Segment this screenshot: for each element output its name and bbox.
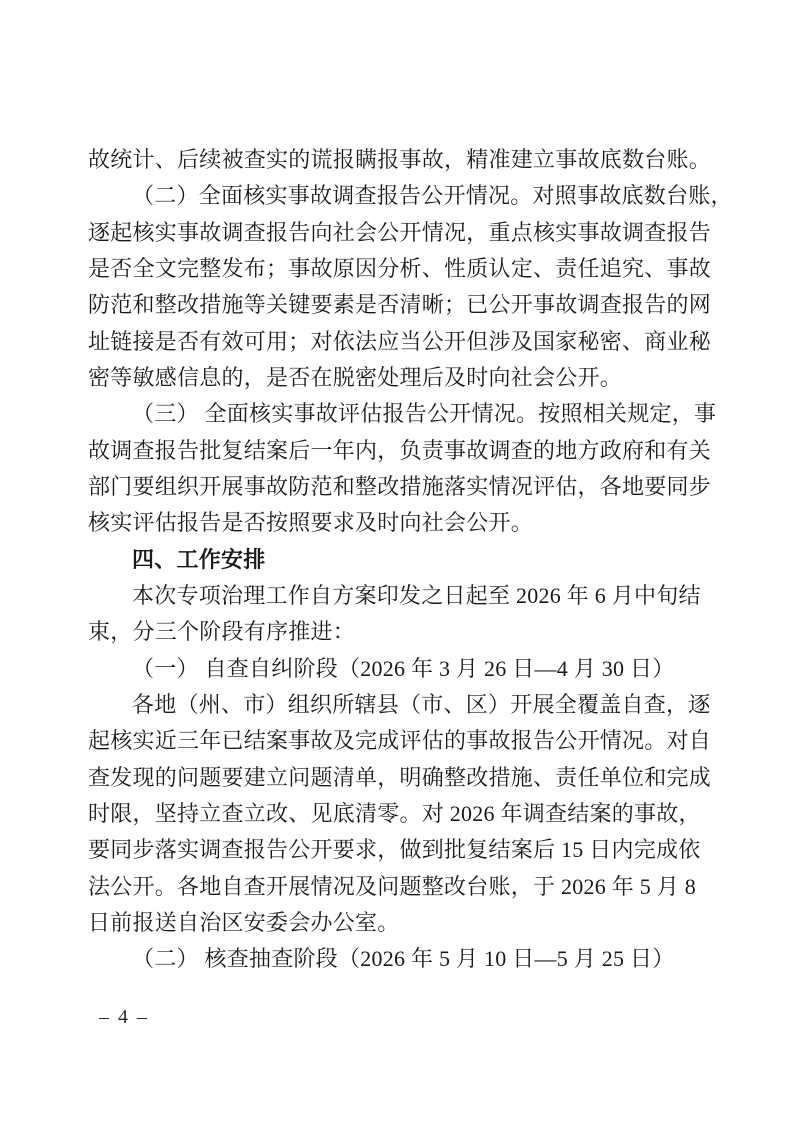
text-run: 按照相关规定，事: [538, 401, 716, 426]
text-run: 时限，坚持立查立改、见底清零。对 2026 年调查结案的事故，: [88, 801, 701, 826]
text-run: 防范和整改措施等关键要素是否清晰；已公开事故调查报告的网: [88, 292, 711, 317]
text-line: 四、工作安排: [88, 542, 710, 578]
text-line: 核实评估报告是否按照要求及时向社会公开。: [88, 505, 710, 541]
text-line: 逐起核实事故调查报告向社会公开情况，重点核实事故调查报告: [88, 215, 710, 251]
text-run: （一） 自查自纠阶段（2026 年 3 月 26 日—4 月 30 日）: [132, 656, 675, 681]
page-body-text: 故统计、后续被查实的谎报瞒报事故，精准建立事故底数台账。（二）全面核实事故调查报…: [88, 142, 710, 978]
text-line: 日前报送自治区安委会办公室。: [88, 905, 710, 941]
text-run: 起核实近三年已结案事故及完成评估的事故报告公开情况。对自: [88, 728, 711, 753]
text-line: 查发现的问题要建立问题清单，明确整改措施、责任单位和完成: [88, 760, 710, 796]
text-line: 本次专项治理工作自方案印发之日起至 2026 年 6 月中旬结: [88, 578, 710, 614]
text-line: 是否全文完整发布；事故原因分析、性质认定、责任追究、事故: [88, 251, 710, 287]
text-run: 逐起核实事故调查报告向社会公开情况，重点核实事故调查报告: [88, 220, 711, 245]
text-line: （二） 核查抽查阶段（2026 年 5 月 10 日—5 月 25 日）: [88, 941, 710, 977]
section-heading-text: 四、工作安排: [132, 547, 266, 572]
text-run: 是否全文完整发布；事故原因分析、性质认定、责任追究、事故: [88, 256, 711, 281]
text-line: 部门要组织开展事故防范和整改措施落实情况评估，各地要同步: [88, 469, 710, 505]
text-line: 起核实近三年已结案事故及完成评估的事故报告公开情况。对自: [88, 723, 710, 759]
text-line: 防范和整改措施等关键要素是否清晰；已公开事故调查报告的网: [88, 287, 710, 323]
text-run: 束，分三个阶段有序推进：: [88, 619, 355, 644]
text-line: 各地（州、市）组织所辖县（市、区）开展全覆盖自查，逐: [88, 687, 710, 723]
text-run: 查发现的问题要建立问题清单，明确整改措施、责任单位和完成: [88, 765, 711, 790]
text-run: 部门要组织开展事故防范和整改措施落实情况评估，各地要同步: [88, 474, 711, 499]
document-page: 故统计、后续被查实的谎报瞒报事故，精准建立事故底数台账。（二）全面核实事故调查报…: [0, 0, 793, 1122]
text-run: 法公开。各地自查开展情况及问题整改台账，于 2026 年 5 月 8: [88, 874, 696, 899]
text-line: （三） 全面核实事故评估报告公开情况。按照相关规定，事: [88, 396, 710, 432]
text-run: 要同步落实调查报告公开要求，做到批复结案后 15 日内完成依: [88, 837, 701, 862]
text-line: 故统计、后续被查实的谎报瞒报事故，精准建立事故底数台账。: [88, 142, 710, 178]
text-line: 址链接是否有效可用；对依法应当公开但涉及国家秘密、商业秘: [88, 324, 710, 360]
text-run: 核实评估报告是否按照要求及时向社会公开。: [88, 510, 533, 535]
text-run: 各地（州、市）组织所辖县（市、区）开展全覆盖自查，逐: [132, 692, 711, 717]
text-line: （一） 自查自纠阶段（2026 年 3 月 26 日—4 月 30 日）: [88, 651, 710, 687]
text-line: 密等敏感信息的，是否在脱密处理后及时向社会公开。: [88, 360, 710, 396]
text-run: （二）全面核实事故调查报告公开情况。: [132, 183, 533, 208]
text-run: 址链接是否有效可用；对依法应当公开但涉及国家秘密、商业秘: [88, 329, 711, 354]
text-run: 对照事故底数台账，: [533, 183, 733, 208]
text-run: 本次专项治理工作自方案印发之日起至 2026 年 6 月中旬结: [132, 583, 701, 608]
text-line: 时限，坚持立查立改、见底清零。对 2026 年调查结案的事故，: [88, 796, 710, 832]
page-number: – 4 –: [86, 1006, 162, 1029]
text-run: 密等敏感信息的，是否在脱密处理后及时向社会公开。: [88, 365, 622, 390]
text-run: 故统计、后续被查实的谎报瞒报事故，精准建立事故底数台账。: [88, 147, 711, 172]
text-line: 故调查报告批复结案后一年内，负责事故调查的地方政府和有关: [88, 433, 710, 469]
text-run: 日前报送自治区安委会办公室。: [88, 910, 400, 935]
text-run: （二） 核查抽查阶段（2026 年 5 月 10 日—5 月 25 日）: [132, 946, 675, 971]
text-run: （三） 全面核实事故评估报告公开情况。: [132, 401, 538, 426]
text-line: 束，分三个阶段有序推进：: [88, 614, 710, 650]
text-line: 要同步落实调查报告公开要求，做到批复结案后 15 日内完成依: [88, 832, 710, 868]
text-run: 故调查报告批复结案后一年内，负责事故调查的地方政府和有关: [88, 438, 711, 463]
text-line: （二）全面核实事故调查报告公开情况。对照事故底数台账，: [88, 178, 710, 214]
text-line: 法公开。各地自查开展情况及问题整改台账，于 2026 年 5 月 8: [88, 869, 710, 905]
